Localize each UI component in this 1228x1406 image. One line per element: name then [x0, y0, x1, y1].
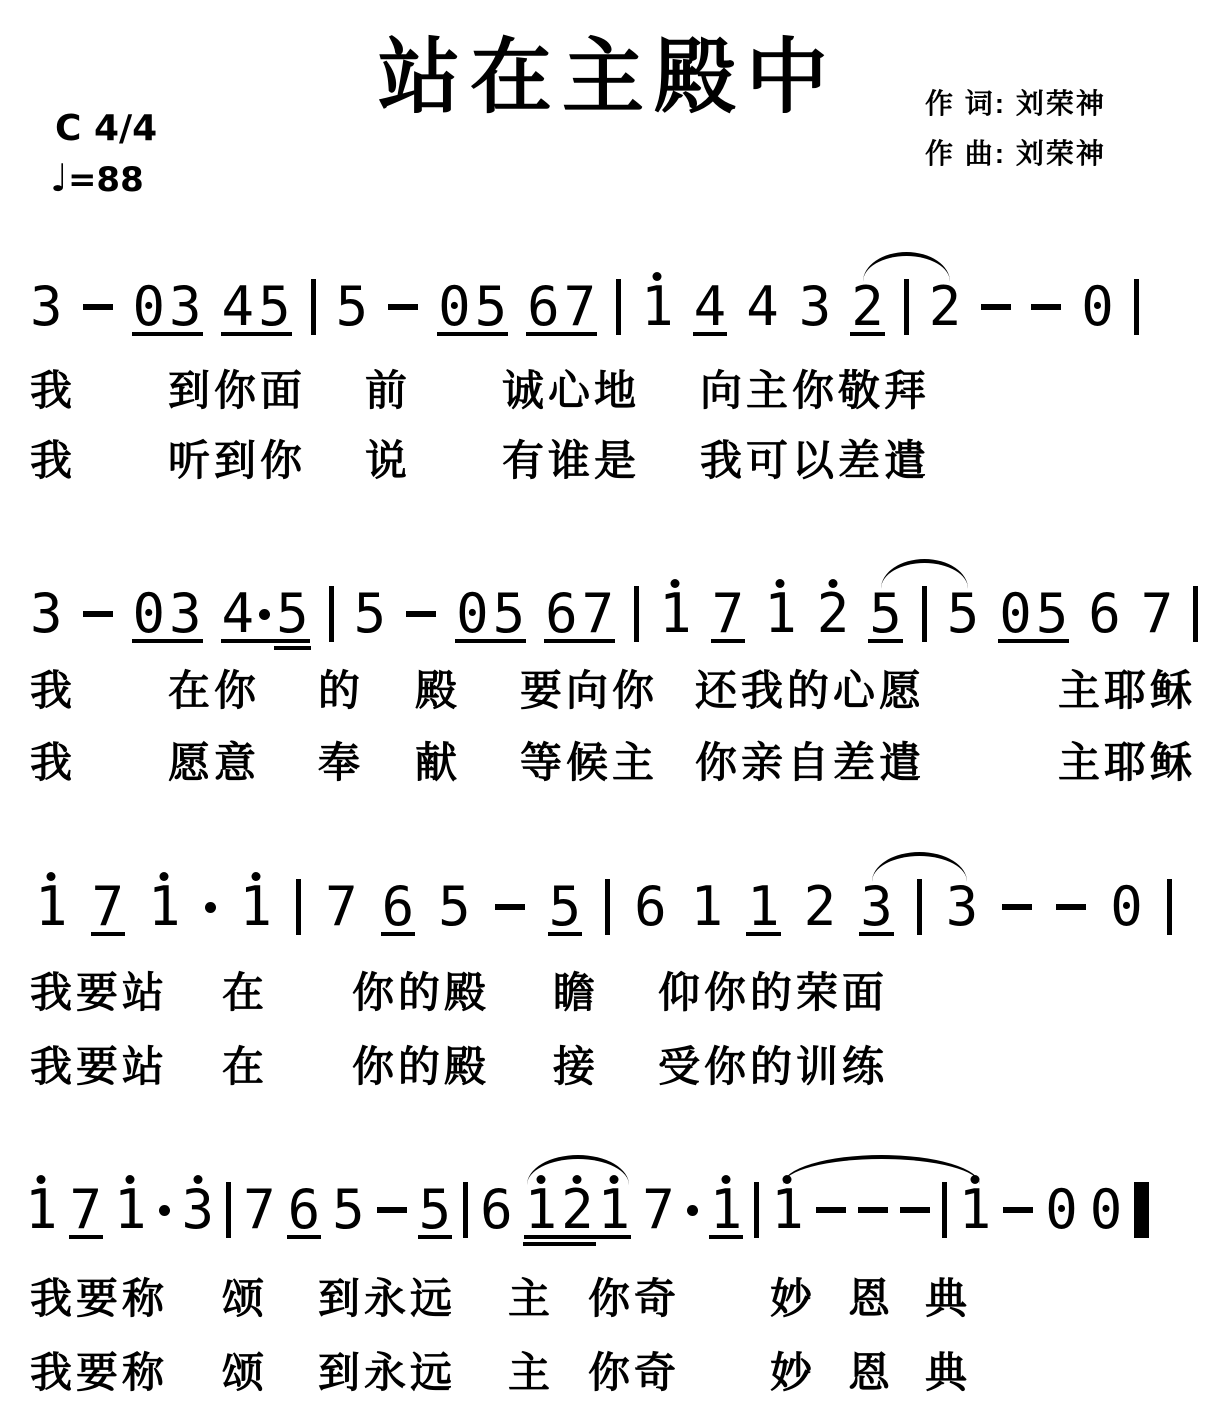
note: 1 — [240, 885, 273, 929]
augmentation-dot — [159, 1205, 170, 1216]
lyric-chunk: 主耶稣 — [1058, 658, 1196, 718]
note-cell: 6 — [480, 1188, 513, 1232]
eighth-beam — [381, 932, 416, 936]
duration-dash — [377, 1207, 407, 1213]
note: 0 — [999, 592, 1032, 636]
note: 1 — [641, 285, 674, 329]
note-cell: 67 — [545, 592, 614, 636]
lyricist-credit: 作 词: 刘荣神 — [925, 82, 1106, 122]
lyric-chunk: 到永远 — [318, 1340, 456, 1400]
note: 1 — [25, 1188, 58, 1232]
note-cell: 0 — [1110, 885, 1143, 929]
tie-slur-arc — [527, 1155, 629, 1185]
duration-dash — [816, 1207, 846, 1213]
note: 3 — [169, 285, 202, 329]
note: 4 — [694, 285, 727, 329]
eighth-beam — [693, 332, 728, 336]
note: 6 — [382, 885, 415, 929]
note-cell: 5 — [549, 885, 582, 929]
note-cell: 5 — [419, 1188, 452, 1232]
octave-dot — [828, 579, 837, 588]
barline — [226, 1182, 231, 1238]
note: 3 — [30, 285, 63, 329]
music-line: 30345505671712550567 — [30, 592, 1218, 636]
lyric-chunk: 在 — [222, 1034, 268, 1094]
note: 1 — [659, 592, 692, 636]
barline — [634, 586, 639, 642]
music-line: 171376556121711100 — [25, 1188, 1161, 1232]
lyric-chunk: 还我的心愿 — [695, 658, 925, 718]
duration-dash — [858, 1207, 888, 1213]
note-cell: 3 — [30, 285, 63, 329]
lyric-chunk: 接 — [553, 1034, 599, 1094]
eighth-beam — [91, 932, 126, 936]
octave-dot — [653, 272, 662, 281]
note: 1 — [691, 885, 724, 929]
note: 5 — [869, 592, 902, 636]
lyric-chunk: 受你的训练 — [658, 1034, 888, 1094]
lyric-chunk: 我 — [30, 358, 76, 418]
barline — [463, 1182, 468, 1238]
lyric-chunk: 我要站 — [30, 960, 168, 1020]
octave-dot — [37, 1175, 46, 1184]
lyric-row: 我愿意奉献等候主你亲自差遣主耶稣 — [0, 730, 1228, 776]
lyric-chunk: 主 — [508, 1266, 554, 1326]
note-cell: 1 — [691, 885, 724, 929]
note: 7 — [582, 592, 615, 636]
lyric-row: 我听到你说有谁是我可以差遣 — [0, 428, 1228, 474]
note-cell: 4 — [746, 285, 779, 329]
lyric-chunk: 你奇 — [588, 1266, 680, 1326]
barline — [942, 1182, 947, 1238]
music-line: 30345505671443220 — [30, 285, 1159, 329]
note: 7 — [92, 885, 125, 929]
lyric-chunk: 主耶稣 — [1058, 730, 1196, 790]
duration-dash — [981, 304, 1011, 310]
augmentation-dot — [205, 902, 216, 913]
note-cell: 6 — [288, 1188, 321, 1232]
note-cell: 1 — [641, 285, 674, 329]
lyric-chunk: 听到你 — [168, 428, 306, 488]
note: 1 — [747, 885, 780, 929]
note: 1 — [771, 1188, 804, 1232]
note: 0 — [438, 285, 471, 329]
eighth-beam — [287, 1235, 322, 1239]
note: 1 — [959, 1188, 992, 1232]
note-cell: 2 — [929, 285, 962, 329]
barline — [754, 1182, 759, 1238]
note-cell: 45 — [222, 592, 309, 636]
lyric-chunk: 你的殿 — [352, 1034, 490, 1094]
sixteenth-beam — [274, 646, 311, 650]
note-cell: 6 — [1088, 592, 1121, 636]
barline — [922, 586, 927, 642]
note-cell: 1 — [240, 885, 273, 929]
eighth-beam — [455, 639, 526, 643]
lyric-chunk: 愿意 — [168, 730, 260, 790]
note: 5 — [947, 592, 980, 636]
note: 3 — [860, 885, 893, 929]
note-cell: 1 — [148, 885, 181, 929]
note: 2 — [851, 285, 884, 329]
eighth-beam — [711, 639, 746, 643]
octave-dot — [47, 872, 56, 881]
eighth-beam — [221, 639, 310, 643]
note: 7 — [564, 285, 597, 329]
lyric-chunk: 你奇 — [588, 1340, 680, 1400]
lyric-chunk: 奉 — [318, 730, 364, 790]
lyric-chunk: 的 — [318, 658, 364, 718]
lyric-chunk: 要向你 — [520, 658, 658, 718]
note: 0 — [1110, 885, 1143, 929]
duration-dash — [406, 611, 436, 617]
note-cell: 2 — [804, 885, 837, 929]
note: 3 — [946, 885, 979, 929]
eighth-beam — [548, 932, 583, 936]
note-cell: 03 — [133, 285, 202, 329]
barline — [904, 279, 909, 335]
tie-slur-arc — [783, 1155, 981, 1185]
note: 5 — [1036, 592, 1069, 636]
lyric-chunk: 在 — [222, 960, 268, 1020]
lyric-row: 我要站在你的殿接受你的训练 — [0, 1034, 1228, 1080]
note-cell: 3 — [799, 285, 832, 329]
note-cell: 4 — [694, 285, 727, 329]
lyric-chunk: 诚心地 — [502, 358, 640, 418]
music-line: 171176556112330 — [35, 885, 1196, 929]
note-cell: 1 — [764, 592, 797, 636]
composer-credit: 作 曲: 刘荣神 — [925, 132, 1106, 172]
sixteenth-beam — [523, 1242, 560, 1246]
note: 2 — [817, 592, 850, 636]
note-cell: 121 — [525, 1188, 631, 1232]
note-cell: 7 — [1141, 592, 1174, 636]
note: 6 — [1088, 592, 1121, 636]
octave-dot — [160, 872, 169, 881]
note-cell: 1 — [114, 1188, 147, 1232]
note-cell: 6 — [382, 885, 415, 929]
note: 6 — [634, 885, 667, 929]
note-cell: 3 — [182, 1188, 215, 1232]
barline — [605, 879, 610, 935]
note: 2 — [561, 1188, 594, 1232]
eighth-beam — [69, 1235, 104, 1239]
duration-dash — [83, 304, 113, 310]
note: 7 — [325, 885, 358, 929]
lyric-chunk: 主 — [508, 1340, 554, 1400]
note: 5 — [276, 592, 309, 636]
note: 3 — [182, 1188, 215, 1232]
eighth-beam — [524, 1235, 632, 1239]
lyric-row: 我到你面前诚心地向主你敬拜 — [0, 358, 1228, 404]
note-cell: 1 — [747, 885, 780, 929]
note: 3 — [30, 592, 63, 636]
duration-dash — [1056, 904, 1086, 910]
lyric-row: 我在你的殿要向你还我的心愿主耶稣 — [0, 658, 1228, 704]
note-cell: 3 — [860, 885, 893, 929]
note-cell: 05 — [456, 592, 525, 636]
note-cell: 6 — [634, 885, 667, 929]
octave-dot — [671, 579, 680, 588]
sheet-music-page: 站在主殿中 作 词: 刘荣神 作 曲: 刘荣神 C 4/4 ♩=88 30345… — [0, 0, 1228, 1406]
lyric-chunk: 到你面 — [168, 358, 306, 418]
note-cell: 5 — [332, 1188, 365, 1232]
note-cell: 3 — [946, 885, 979, 929]
eighth-beam — [859, 932, 894, 936]
note: 7 — [712, 592, 745, 636]
lyric-chunk: 颂 — [222, 1266, 268, 1326]
lyric-chunk: 妙 — [770, 1340, 816, 1400]
lyric-chunk: 仰你的荣面 — [658, 960, 888, 1020]
barline — [1193, 586, 1198, 642]
note: 4 — [222, 285, 255, 329]
lyric-chunk: 我要称 — [30, 1340, 168, 1400]
note-cell: 0 — [1090, 1188, 1123, 1232]
eighth-beam — [418, 1235, 453, 1239]
octave-dot — [193, 1175, 202, 1184]
note-cell: 5 — [947, 592, 980, 636]
lyric-chunk: 妙 — [770, 1266, 816, 1326]
lyric-chunk: 瞻 — [553, 960, 599, 1020]
eighth-beam — [132, 332, 203, 336]
note: 0 — [456, 592, 489, 636]
note-cell: 0 — [1045, 1188, 1078, 1232]
lyric-chunk: 恩 — [848, 1340, 894, 1400]
note-cell: 03 — [133, 592, 202, 636]
note: 3 — [799, 285, 832, 329]
note-cell: 5 — [869, 592, 902, 636]
note: 5 — [438, 885, 471, 929]
lyric-chunk: 有谁是 — [502, 428, 640, 488]
note-cell: 7 — [642, 1188, 675, 1232]
barline — [616, 279, 621, 335]
note-cell: 5 — [336, 285, 369, 329]
octave-dot — [126, 1175, 135, 1184]
lyric-chunk: 你亲自差遣 — [695, 730, 925, 790]
tie-slur-arc — [863, 252, 951, 282]
note-cell: 1 — [771, 1188, 804, 1232]
lyric-chunk: 我可以差遣 — [700, 428, 930, 488]
eighth-beam — [437, 332, 508, 336]
note: 7 — [243, 1188, 276, 1232]
note: 1 — [114, 1188, 147, 1232]
note: 5 — [354, 592, 387, 636]
note-cell: 45 — [222, 285, 291, 329]
note: 6 — [480, 1188, 513, 1232]
note: 0 — [133, 285, 166, 329]
note-cell: 1 — [659, 592, 692, 636]
note: 5 — [336, 285, 369, 329]
eighth-beam — [998, 639, 1069, 643]
eighth-beam — [709, 1235, 744, 1239]
note: 1 — [598, 1188, 631, 1232]
lyric-chunk: 我 — [30, 730, 76, 790]
note: 4 — [746, 285, 779, 329]
lyric-chunk: 向主你敬拜 — [700, 358, 930, 418]
final-barline — [1134, 1182, 1149, 1238]
tempo-marking: ♩=88 — [50, 156, 144, 200]
note: 0 — [1090, 1188, 1123, 1232]
note-cell: 7 — [70, 1188, 103, 1232]
augmentation-dot — [687, 1205, 698, 1216]
note: 0 — [133, 592, 166, 636]
lyric-chunk: 我 — [30, 658, 76, 718]
note: 1 — [710, 1188, 743, 1232]
lyric-row: 我要称颂到永远主你奇妙恩典 — [0, 1266, 1228, 1312]
lyric-chunk: 颂 — [222, 1340, 268, 1400]
duration-dash — [388, 304, 418, 310]
note: 6 — [545, 592, 578, 636]
note-cell: 7 — [243, 1188, 276, 1232]
note: 1 — [148, 885, 181, 929]
eighth-beam — [221, 332, 292, 336]
eighth-beam — [746, 932, 781, 936]
note: 6 — [288, 1188, 321, 1232]
lyric-chunk: 典 — [925, 1340, 971, 1400]
lyric-chunk: 恩 — [848, 1266, 894, 1326]
note-cell: 67 — [527, 285, 596, 329]
note-cell: 7 — [325, 885, 358, 929]
note: 5 — [258, 285, 291, 329]
note: 5 — [332, 1188, 365, 1232]
quarter-note-icon: ♩ — [50, 156, 68, 200]
note: 5 — [475, 285, 508, 329]
note-cell: 5 — [354, 592, 387, 636]
key-time-signature: C 4/4 — [55, 108, 157, 149]
note-cell: 7 — [92, 885, 125, 929]
eighth-beam — [544, 639, 615, 643]
note-cell: 7 — [712, 592, 745, 636]
eighth-beam — [850, 332, 885, 336]
note: 7 — [642, 1188, 675, 1232]
note-cell: 1 — [35, 885, 68, 929]
lyric-chunk: 殿 — [415, 658, 461, 718]
note: 0 — [1045, 1188, 1078, 1232]
note: 3 — [169, 592, 202, 636]
lyric-chunk: 等候主 — [520, 730, 658, 790]
barline — [311, 279, 316, 335]
song-title: 站在主殿中 — [378, 12, 838, 129]
note: 7 — [70, 1188, 103, 1232]
note-cell: 05 — [999, 592, 1068, 636]
lyric-chunk: 献 — [415, 730, 461, 790]
augmentation-dot — [258, 592, 272, 636]
octave-dot — [776, 579, 785, 588]
tie-slur-arc — [872, 852, 968, 882]
note-cell: 05 — [438, 285, 507, 329]
lyric-chunk: 典 — [925, 1266, 971, 1326]
lyric-row: 我要称颂到永远主你奇妙恩典 — [0, 1340, 1228, 1386]
duration-dash — [1031, 304, 1061, 310]
lyric-chunk: 我 — [30, 428, 76, 488]
barline — [1134, 279, 1139, 335]
eighth-beam — [526, 332, 597, 336]
note-cell: 3 — [30, 592, 63, 636]
tie-slur-arc — [881, 559, 969, 589]
tempo-value: =88 — [68, 160, 144, 200]
note-cell: 1 — [710, 1188, 743, 1232]
barline — [329, 586, 334, 642]
octave-dot — [251, 872, 260, 881]
note: 4 — [222, 592, 255, 636]
duration-dash — [1003, 1207, 1033, 1213]
duration-dash — [1002, 904, 1032, 910]
note: 6 — [527, 285, 560, 329]
note-cell: 1 — [25, 1188, 58, 1232]
octave-dot — [721, 1175, 730, 1184]
note-cell: 2 — [851, 285, 884, 329]
note: 5 — [549, 885, 582, 929]
note: 2 — [804, 885, 837, 929]
barline — [296, 879, 301, 935]
lyric-chunk: 在你 — [168, 658, 260, 718]
lyric-chunk: 前 — [365, 358, 411, 418]
eighth-beam — [868, 639, 903, 643]
note: 1 — [35, 885, 68, 929]
note: 1 — [525, 1188, 558, 1232]
barline — [917, 879, 922, 935]
sixteenth-beam — [559, 1242, 596, 1246]
lyric-chunk: 说 — [365, 428, 411, 488]
duration-dash — [83, 611, 113, 617]
note-cell: 0 — [1081, 285, 1114, 329]
note: 7 — [1141, 592, 1174, 636]
note: 1 — [764, 592, 797, 636]
lyric-chunk: 我要站 — [30, 1034, 168, 1094]
note: 5 — [419, 1188, 452, 1232]
barline — [1167, 879, 1172, 935]
duration-dash — [900, 1207, 930, 1213]
note: 2 — [929, 285, 962, 329]
note-cell: 1 — [959, 1188, 992, 1232]
lyric-chunk: 到永远 — [318, 1266, 456, 1326]
lyric-chunk: 我要称 — [30, 1266, 168, 1326]
note-cell: 5 — [438, 885, 471, 929]
lyric-row: 我要站在你的殿瞻仰你的荣面 — [0, 960, 1228, 1006]
lyric-chunk: 你的殿 — [352, 960, 490, 1020]
note: 5 — [493, 592, 526, 636]
duration-dash — [495, 904, 525, 910]
note: 0 — [1081, 285, 1114, 329]
note-cell: 2 — [817, 592, 850, 636]
eighth-beam — [132, 639, 203, 643]
